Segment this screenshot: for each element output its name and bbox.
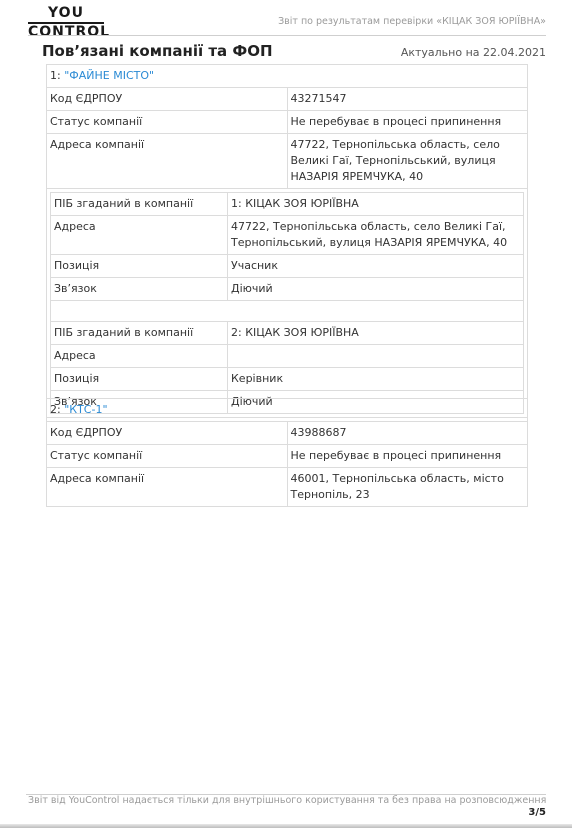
table-row: Адреса [51,345,524,368]
row-value: 1: КІЦАК ЗОЯ ЮРІЇВНА [228,193,524,216]
person-table-1: ПІБ згаданий в компанії 1: КІЦАК ЗОЯ ЮРІ… [50,192,524,414]
table-row: Статус компанії Не перебуває в процесі п… [47,445,528,468]
table-row: ПІБ згаданий в компанії 2: КІЦАК ЗОЯ ЮРІ… [51,322,524,345]
company-header-row: 2: "КТС-1" [47,399,528,422]
company-header-row: 1: "ФАЙНЕ МІСТО" [47,65,528,88]
logo-top: YOU [28,6,104,21]
table-row: Адреса 47722, Тернопільська область, сел… [51,216,524,255]
row-label: Код ЄДРПОУ [47,88,288,111]
row-label: Зв’язок [51,278,228,301]
persons-row: ПІБ згаданий в компанії 1: КІЦАК ЗОЯ ЮРІ… [47,189,528,418]
table-row: Адреса компанії 46001, Тернопільська обл… [47,468,528,507]
row-label: Статус компанії [47,111,288,134]
table-row: ПІБ згаданий в компанії 1: КІЦАК ЗОЯ ЮРІ… [51,193,524,216]
company-table-2: 2: "КТС-1" Код ЄДРПОУ 43988687 Статус ко… [46,398,528,507]
row-label: Адреса компанії [47,134,288,189]
row-label: Адреса [51,345,228,368]
row-value: Учасник [228,255,524,278]
table-row: Адреса компанії 47722, Тернопільська обл… [47,134,528,189]
row-value: Не перебуває в процесі припинення [287,111,528,134]
company-block-2: 2: "КТС-1" Код ЄДРПОУ 43988687 Статус ко… [46,398,528,507]
table-row: Код ЄДРПОУ 43988687 [47,422,528,445]
row-value [228,345,524,368]
spacer-row [51,301,524,322]
row-label: Позиція [51,255,228,278]
table-row: Позиція Учасник [51,255,524,278]
company-name-link[interactable]: "ФАЙНЕ МІСТО" [64,69,154,82]
row-label: Статус компанії [47,445,288,468]
actual-date: Актуально на 22.04.2021 [401,46,546,59]
table-row: Статус компанії Не перебуває в процесі п… [47,111,528,134]
row-value: Діючий [228,278,524,301]
company-block-1: 1: "ФАЙНЕ МІСТО" Код ЄДРПОУ 43271547 Ста… [46,64,528,418]
row-value: 43988687 [287,422,528,445]
row-value: 47722, Тернопільська область, село Велик… [228,216,524,255]
report-subject: Звіт по результатам перевірки «КІЦАК ЗОЯ… [278,16,546,27]
row-label: Позиція [51,368,228,391]
company-table-1: 1: "ФАЙНЕ МІСТО" Код ЄДРПОУ 43271547 Ста… [46,64,528,418]
footer-disclaimer: Звіт від YouControl надається тільки для… [28,795,546,806]
row-value: Керівник [228,368,524,391]
row-value: 46001, Тернопільська область, місто Терн… [287,468,528,507]
row-value: 47722, Тернопільська область, село Велик… [287,134,528,189]
logo-bottom: CONTROL [28,25,104,39]
row-value: Не перебуває в процесі припинення [287,445,528,468]
table-row: Позиція Керівник [51,368,524,391]
row-label: Код ЄДРПОУ [47,422,288,445]
company-index: 1: [50,69,61,82]
page-edge [0,824,572,828]
row-label: Адреса [51,216,228,255]
company-name-link[interactable]: "КТС-1" [64,403,107,416]
row-label: ПІБ згаданий в компанії [51,193,228,216]
table-row: Код ЄДРПОУ 43271547 [47,88,528,111]
company-index: 2: [50,403,61,416]
table-row: Зв’язок Діючий [51,278,524,301]
page-number: 3/5 [528,807,546,818]
row-value: 43271547 [287,88,528,111]
row-label: Адреса компанії [47,468,288,507]
row-label: ПІБ згаданий в компанії [51,322,228,345]
page-title: Пов’язані компанії та ФОП [42,42,273,60]
row-value: 2: КІЦАК ЗОЯ ЮРІЇВНА [228,322,524,345]
header-divider [28,35,546,36]
